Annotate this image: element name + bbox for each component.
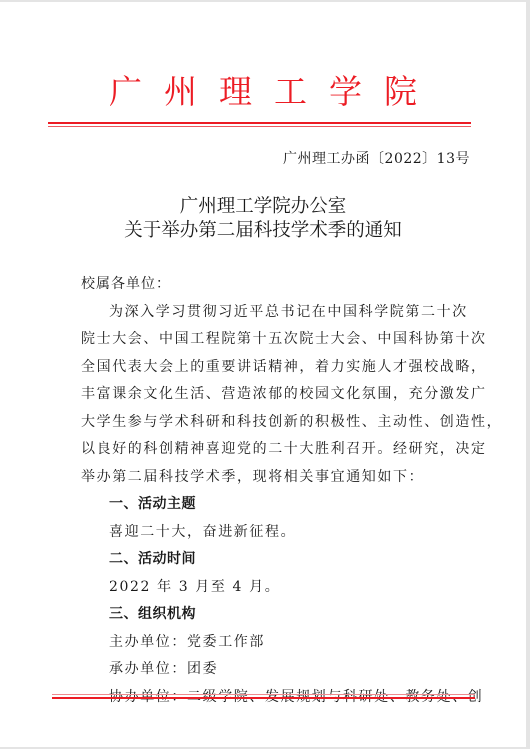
undertaker: 承办单位：团委 xyxy=(81,656,461,684)
title-line-1: 广州理工学院办公室 xyxy=(0,195,526,219)
masthead-title: 广州理工学院 xyxy=(0,72,526,112)
intro-paragraph: 为深入学习贯彻习近平总书记在中国科学院第二十次 院士大会、中国工程院第十五次院士… xyxy=(81,299,461,492)
document-page: 广州理工学院 广州理工办函〔2022〕13号 广州理工学院办公室 关于举办第二届… xyxy=(0,2,526,747)
document-body: 校属各单位： 为深入学习贯彻习近平总书记在中国科学院第二十次 院士大会、中国工程… xyxy=(81,271,461,711)
intro-line: 举办第二届科技学术季，现将相关事宜通知如下： xyxy=(81,464,461,492)
section-time: 二、活动时间 2022 年 3 月至 4 月。 xyxy=(81,546,461,601)
intro-line: 为深入学习贯彻习近平总书记在中国科学院第二十次 xyxy=(81,299,461,327)
section-heading: 二、活动时间 xyxy=(81,546,461,574)
section-heading: 一、活动主题 xyxy=(81,491,461,519)
salutation: 校属各单位： xyxy=(81,271,461,299)
masthead-divider xyxy=(48,122,471,127)
intro-line: 全国代表大会上的重要讲话精神，着力实施人才强校战略， xyxy=(81,354,461,382)
intro-line: 丰富课余文化生活、营造浓郁的校园文化氛围，充分激发广 xyxy=(81,381,461,409)
document-number: 广州理工办函〔2022〕13号 xyxy=(283,148,470,168)
organizer: 主办单位：党委工作部 xyxy=(81,629,461,657)
title-line-2: 关于举办第二届科技学术季的通知 xyxy=(0,219,526,243)
section-heading: 三、组织机构 xyxy=(81,601,461,629)
section-theme: 一、活动主题 喜迎二十大，奋进新征程。 xyxy=(81,491,461,546)
intro-line: 院士大会、中国工程院第十五次院士大会、中国科协第十次 xyxy=(81,326,461,354)
section-content: 喜迎二十大，奋进新征程。 xyxy=(81,519,461,547)
section-content: 2022 年 3 月至 4 月。 xyxy=(81,574,461,602)
intro-line: 以良好的科创精神喜迎党的二十大胜利召开。经研究，决定 xyxy=(81,436,461,464)
document-title: 广州理工学院办公室 关于举办第二届科技学术季的通知 xyxy=(0,195,526,243)
intro-line: 大学生参与学术科研和科技创新的积极性、主动性、创造性， xyxy=(81,409,461,437)
footer-divider xyxy=(52,694,475,699)
